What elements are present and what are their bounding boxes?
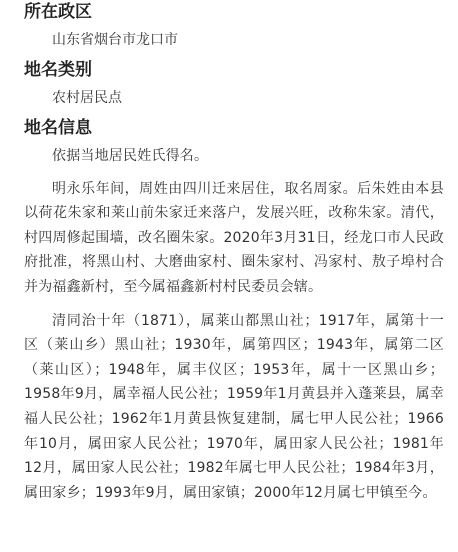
- place-info-administrative-history: 清同治十年（1871），属莱山都黑山社；1917年，属第十一区（莱山乡）黑山社；…: [24, 309, 444, 506]
- place-category-value: 农村居民点: [24, 86, 444, 110]
- place-info-history: 明永乐年间，周姓由四川迁来居住，取名周家。后朱姓由本县以荷花朱家和莱山前朱家迁来…: [24, 177, 444, 300]
- place-info-naming-origin: 依据当地居民姓氏得名。: [24, 144, 444, 169]
- place-name-document: 所在政区 山东省烟台市龙口市 地名类别 农村居民点 地名信息 依据当地居民姓氏得…: [24, 0, 444, 514]
- administrative-region-value: 山东省烟台市龙口市: [24, 28, 444, 52]
- section-title-place-category: 地名类别: [24, 58, 444, 82]
- section-title-administrative-region: 所在政区: [24, 0, 444, 24]
- section-title-place-info: 地名信息: [24, 116, 444, 140]
